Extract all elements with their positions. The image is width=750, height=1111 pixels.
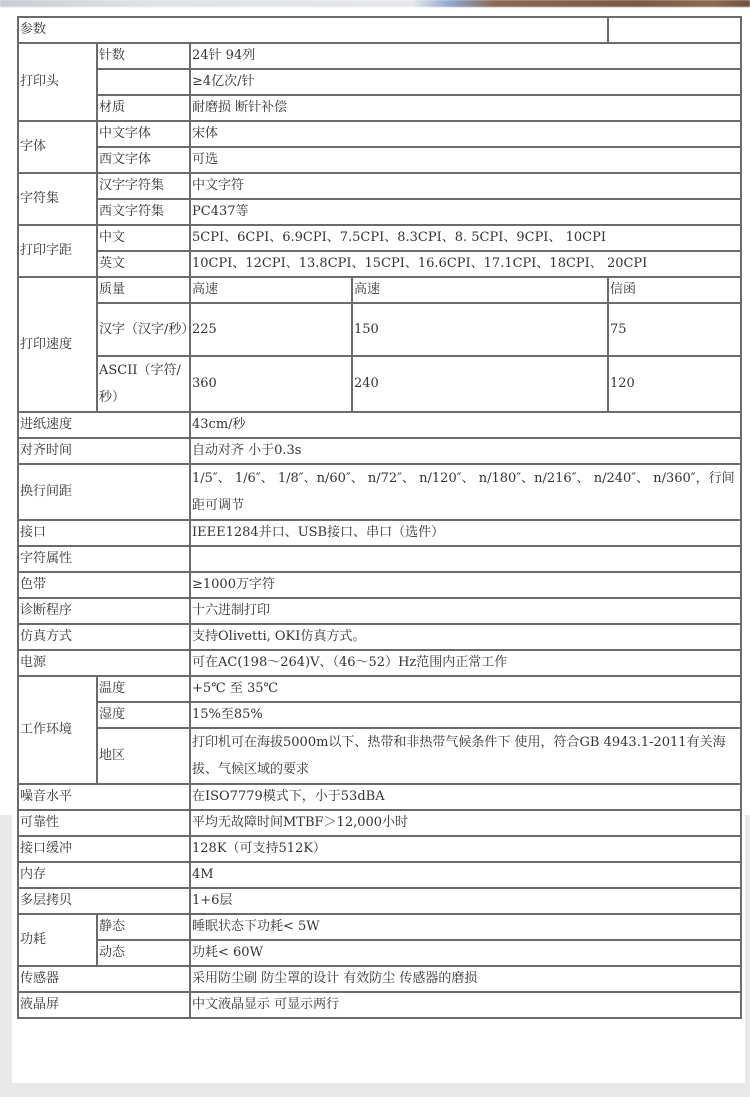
sub-label: 温度 xyxy=(97,676,190,702)
table-row: ASCII（字符/秒） 360 240 120 xyxy=(18,356,741,412)
cell-value: PC437等 xyxy=(190,199,741,225)
sub-label: 中文 xyxy=(97,225,190,251)
speed-col-header: 高速 xyxy=(190,277,352,303)
row-label: 进纸速度 xyxy=(18,412,190,438)
row-label-printhead: 打印头 xyxy=(18,43,97,121)
table-row-title: 参数 xyxy=(18,17,741,43)
cell-value: 中文字符 xyxy=(190,173,741,199)
cell-value: 1+6层 xyxy=(190,888,741,914)
header-photo-strip xyxy=(0,0,750,7)
row-label: 诊断程序 xyxy=(18,598,190,624)
table-row: 传感器 采用防尘刷 防尘罩的设计 有效防尘 传感器的磨损 xyxy=(18,966,741,992)
cell-value: 采用防尘刷 防尘罩的设计 有效防尘 传感器的磨损 xyxy=(190,966,741,992)
table-row: 接口 IEEE1284并口、USB接口、串口（选件） xyxy=(18,520,741,546)
sub-label: 针数 xyxy=(97,43,190,69)
table-row: 诊断程序 十六进制打印 xyxy=(18,598,741,624)
sub-label: 英文 xyxy=(97,251,190,277)
table-row: 字符属性 xyxy=(18,546,741,572)
table-row: 英文 10CPI、12CPI、13.8CPI、15CPI、16.6CPI、17.… xyxy=(18,251,741,277)
cell-value: 128K（可支持512K） xyxy=(190,836,741,862)
table-row: 多层拷贝 1+6层 xyxy=(18,888,741,914)
table-row: 湿度 15%至85% xyxy=(18,702,741,728)
row-label: 换行间距 xyxy=(18,464,190,520)
cell-value: 可在AC(198～264)V、（46～52）Hz范围内正常工作 xyxy=(190,650,741,676)
row-label-charset: 字符集 xyxy=(18,173,97,225)
table-row: 仿真方式 支持Olivetti, OKI仿真方式。 xyxy=(18,624,741,650)
row-label: 可靠性 xyxy=(18,810,190,836)
table-row: 工作环境 温度 +5℃ 至 35℃ xyxy=(18,676,741,702)
table-row: 色带 ≥1000万字符 xyxy=(18,572,741,598)
table-row: 打印头 针数 24针 94列 xyxy=(18,43,741,69)
sub-label xyxy=(97,69,190,95)
row-label-environment: 工作环境 xyxy=(18,676,97,784)
cell-value: 功耗< 60W xyxy=(190,940,741,966)
cell-value: 360 xyxy=(190,356,352,412)
cell-value: 43cm/秒 xyxy=(190,412,741,438)
cell-value: 240 xyxy=(352,356,608,412)
cell-value: 支持Olivetti, OKI仿真方式。 xyxy=(190,624,741,650)
row-label: 接口 xyxy=(18,520,190,546)
sub-label: 材质 xyxy=(97,95,190,121)
table-row: 功耗 静态 睡眠状态下功耗< 5W xyxy=(18,914,741,940)
cell-value: +5℃ 至 35℃ xyxy=(190,676,741,702)
table-row: ≥4亿次/针 xyxy=(18,69,741,95)
row-label: 电源 xyxy=(18,650,190,676)
table-row: 字符集 汉字字符集 中文字符 xyxy=(18,173,741,199)
row-label: 液晶屏 xyxy=(18,992,190,1018)
cell-value: 平均无故障时间MTBF＞12,000小时 xyxy=(190,810,741,836)
table-row: 可靠性 平均无故障时间MTBF＞12,000小时 xyxy=(18,810,741,836)
table-row: 电源 可在AC(198～264)V、（46～52）Hz范围内正常工作 xyxy=(18,650,741,676)
sub-label: ASCII（字符/秒） xyxy=(97,356,190,412)
row-label: 内存 xyxy=(18,862,190,888)
cell-value: IEEE1284并口、USB接口、串口（选件） xyxy=(190,520,741,546)
speed-col-header: 信函 xyxy=(608,277,741,303)
row-label-speed: 打印速度 xyxy=(18,277,97,412)
table-row: 换行间距 1/5″、 1/6″、 1/8″、n/60″、 n/72″、 n/12… xyxy=(18,464,741,520)
cell-value: ≥4亿次/针 xyxy=(190,69,741,95)
row-label-power-consumption: 功耗 xyxy=(18,914,97,966)
row-label: 传感器 xyxy=(18,966,190,992)
table-row: 汉字（汉字/秒） 225 150 75 xyxy=(18,303,741,356)
cell-value: 十六进制打印 xyxy=(190,598,741,624)
table-row: 地区 打印机可在海拔5000m以下、热带和非热带气候条件下 使用，符合GB 49… xyxy=(18,728,741,784)
row-label: 噪音水平 xyxy=(18,784,190,810)
cell-value: 睡眠状态下功耗< 5W xyxy=(190,914,741,940)
row-label: 接口缓冲 xyxy=(18,836,190,862)
cell-value: ≥1000万字符 xyxy=(190,572,741,598)
table-title-empty xyxy=(608,17,741,43)
cell-value: 宋体 xyxy=(190,121,741,147)
cell-value: 1/5″、 1/6″、 1/8″、n/60″、 n/72″、 n/120″、 n… xyxy=(190,464,741,520)
row-label: 对齐时间 xyxy=(18,438,190,464)
table-row: 字体 中文字体 宋体 xyxy=(18,121,741,147)
sub-label: 西文字体 xyxy=(97,147,190,173)
speed-col-header: 高速 xyxy=(352,277,608,303)
cell-value: 75 xyxy=(608,303,741,356)
cell-value: 24针 94列 xyxy=(190,43,741,69)
cell-value: 10CPI、12CPI、13.8CPI、15CPI、16.6CPI、17.1CP… xyxy=(190,251,741,277)
table-row: 内存 4M xyxy=(18,862,741,888)
table-row: 进纸速度 43cm/秒 xyxy=(18,412,741,438)
cell-value: 耐磨损 断针补偿 xyxy=(190,95,741,121)
row-label: 多层拷贝 xyxy=(18,888,190,914)
cell-value: 120 xyxy=(608,356,741,412)
sub-label: 中文字体 xyxy=(97,121,190,147)
row-label: 字符属性 xyxy=(18,546,190,572)
table-row: 打印字距 中文 5CPI、6CPI、6.9CPI、7.5CPI、8.3CPI、8… xyxy=(18,225,741,251)
sub-label: 汉字字符集 xyxy=(97,173,190,199)
cell-value: 自动对齐 小于0.3s xyxy=(190,438,741,464)
sub-label: 汉字（汉字/秒） xyxy=(97,303,190,356)
cell-value xyxy=(190,546,741,572)
cell-value: 可选 xyxy=(190,147,741,173)
table-row: 对齐时间 自动对齐 小于0.3s xyxy=(18,438,741,464)
table-row: 西文字体 可选 xyxy=(18,147,741,173)
table-row: 材质 耐磨损 断针补偿 xyxy=(18,95,741,121)
row-label: 色带 xyxy=(18,572,190,598)
table-row: 液晶屏 中文液晶显示 可显示两行 xyxy=(18,992,741,1018)
cell-value: 在ISO7779模式下，小于53dBA xyxy=(190,784,741,810)
table-row: 动态 功耗< 60W xyxy=(18,940,741,966)
table-row: 西文字符集 PC437等 xyxy=(18,199,741,225)
cell-value: 打印机可在海拔5000m以下、热带和非热带气候条件下 使用，符合GB 4943.… xyxy=(190,728,741,784)
table-title: 参数 xyxy=(18,17,608,43)
cell-value: 150 xyxy=(352,303,608,356)
row-label: 仿真方式 xyxy=(18,624,190,650)
table-row: 接口缓冲 128K（可支持512K） xyxy=(18,836,741,862)
sub-label: 静态 xyxy=(97,914,190,940)
row-label-pitch: 打印字距 xyxy=(18,225,97,277)
cell-value: 225 xyxy=(190,303,352,356)
table-row: 打印速度 质量 高速 高速 信函 xyxy=(18,277,741,303)
spec-table: 参数 打印头 针数 24针 94列 ≥4亿次/针 材质 耐磨损 断针补偿 字体 … xyxy=(17,16,742,1019)
cell-value: 4M xyxy=(190,862,741,888)
sub-label: 湿度 xyxy=(97,702,190,728)
cell-value: 中文液晶显示 可显示两行 xyxy=(190,992,741,1018)
sub-label: 质量 xyxy=(97,277,190,303)
row-label-font: 字体 xyxy=(18,121,97,173)
table-row: 噪音水平 在ISO7779模式下，小于53dBA xyxy=(18,784,741,810)
cell-value: 5CPI、6CPI、6.9CPI、7.5CPI、8.3CPI、8. 5CPI、9… xyxy=(190,225,741,251)
sub-label: 西文字符集 xyxy=(97,199,190,225)
cell-value: 15%至85% xyxy=(190,702,741,728)
sub-label: 地区 xyxy=(97,728,190,784)
sub-label: 动态 xyxy=(97,940,190,966)
